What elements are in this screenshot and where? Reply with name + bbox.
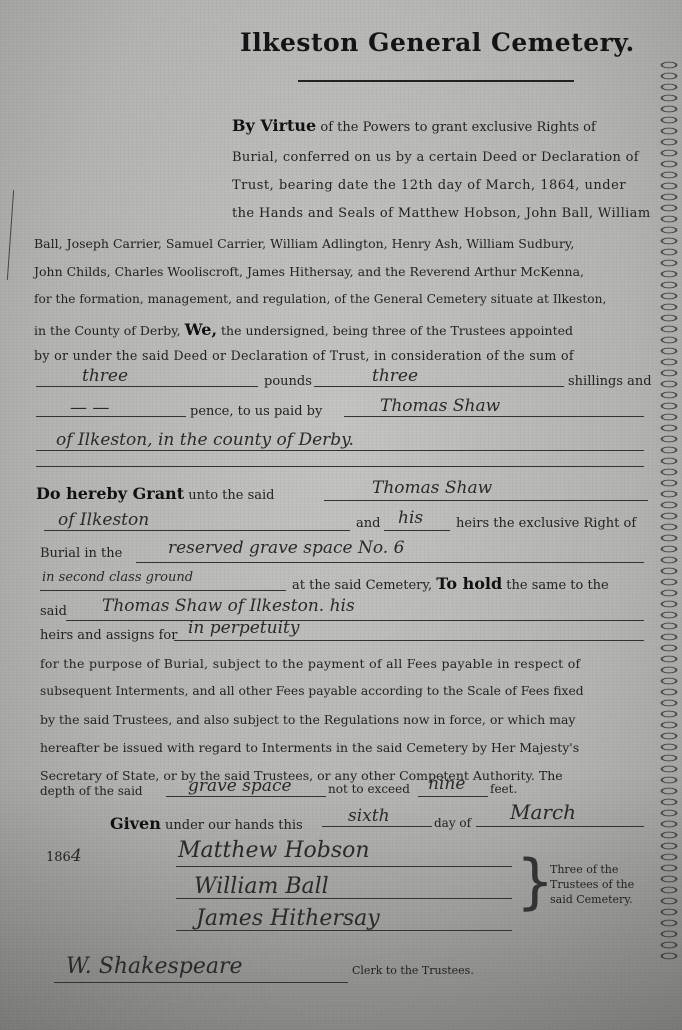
pence-label: pence, to us paid by — [190, 404, 322, 419]
brace-icon: } — [516, 852, 554, 912]
by-virtue-lead: By Virtue — [232, 116, 316, 135]
trustee-signature: Matthew Hobson — [178, 838, 370, 863]
and-label: and — [356, 516, 380, 531]
text: under our hands this — [165, 818, 303, 833]
plot-description: reserved grave space No. 6 — [168, 538, 404, 558]
clerk-signature: W. Shakespeare — [66, 954, 243, 979]
terms-line: Secretary of State, or by the said Trust… — [40, 768, 563, 783]
clerk-label: Clerk to the Trustees. — [352, 964, 474, 977]
paragraph-line: in the County of Derby, We, the undersig… — [34, 320, 573, 339]
paragraph-line: Trust, bearing date the 12th day of Marc… — [232, 178, 626, 193]
spiral-binding — [656, 60, 682, 960]
text: unto the said — [188, 488, 274, 503]
trustee-signature: William Ball — [194, 874, 329, 899]
trustee-signature: James Hithersay — [196, 906, 380, 931]
pronoun: his — [398, 508, 423, 528]
grantee-address: of Ilkeston — [58, 510, 149, 530]
document-title: Ilkeston General Cemetery. — [240, 28, 635, 57]
text: in the County of Derby, — [34, 323, 181, 338]
burial-label: Burial in the — [40, 546, 122, 561]
depth-object: grave space — [188, 776, 292, 796]
payer-name: Thomas Shaw — [380, 396, 500, 416]
terms-line: for the purpose of Burial, subject to th… — [40, 656, 580, 671]
text: of the Powers to grant exclusive Rights … — [320, 120, 595, 135]
paragraph-line: the Hands and Seals of Matthew Hobson, J… — [232, 206, 651, 221]
shillings-value: three — [372, 366, 418, 386]
note-line: Trustees of the — [550, 877, 634, 892]
text: the same to the — [506, 578, 608, 593]
to-hold-line: at the said Cemetery, To hold the same t… — [292, 574, 609, 593]
text: at the said Cemetery, — [292, 578, 432, 593]
paragraph-line: By Virtue of the Powers to grant exclusi… — [232, 116, 596, 135]
said-label: said — [40, 604, 67, 619]
grant-line: Do hereby Grant unto the said — [36, 484, 274, 503]
ground-class: in second class ground — [42, 570, 193, 585]
pence-value: — — — [70, 398, 109, 418]
shillings-label: shillings and — [568, 374, 652, 389]
do-hereby-grant-lead: Do hereby Grant — [36, 484, 184, 503]
year-prefix: 186 — [46, 850, 71, 865]
grantee-name: Thomas Shaw — [372, 478, 492, 498]
paragraph-line: Ball, Joseph Carrier, Samuel Carrier, Wi… — [34, 236, 574, 251]
note-line: Three of the — [550, 862, 634, 877]
paragraph-line: John Childs, Charles Wooliscroft, James … — [34, 264, 584, 279]
to-hold-lead: To hold — [436, 574, 502, 593]
terms-line: hereafter be issued with regard to Inter… — [40, 740, 579, 755]
given-line: Given under our hands this — [110, 814, 303, 833]
we-lead: We, — [185, 320, 217, 339]
term: in perpetuity — [188, 618, 299, 638]
year: 1864 — [46, 846, 82, 866]
depth-value: nine — [428, 774, 465, 794]
given-month: March — [510, 800, 576, 824]
text: the undersigned, being three of the Trus… — [221, 323, 573, 338]
pounds-value: three — [82, 366, 128, 386]
margin-pen-stroke — [7, 190, 14, 280]
given-lead: Given — [110, 814, 161, 833]
paragraph-line: by or under the said Deed or Declaration… — [34, 348, 574, 363]
year-suffix: 4 — [71, 846, 82, 866]
feet-label: feet. — [490, 782, 517, 796]
trustees-note: Three of the Trustees of the said Cemete… — [550, 862, 634, 907]
title-underline — [298, 80, 574, 82]
paragraph-line: Burial, conferred on us by a certain Dee… — [232, 150, 639, 165]
holder-name: Thomas Shaw of Ilkeston. his — [102, 596, 355, 616]
terms-line: subsequent Interments, and all other Fee… — [40, 684, 584, 698]
note-line: said Cemetery. — [550, 892, 634, 907]
payer-address: of Ilkeston, in the county of Derby. — [56, 430, 354, 450]
paragraph-line: for the formation, management, and regul… — [34, 292, 606, 306]
assigns-label: heirs and assigns for — [40, 628, 177, 643]
terms-line: by the said Trustees, and also subject t… — [40, 712, 575, 727]
given-day: sixth — [348, 806, 390, 826]
exceed-label: not to exceed — [328, 782, 410, 796]
day-of-label: day of — [434, 816, 471, 830]
pounds-label: pounds — [264, 374, 312, 389]
depth-label: depth of the said — [40, 784, 143, 798]
heirs-label: heirs the exclusive Right of — [456, 516, 636, 531]
